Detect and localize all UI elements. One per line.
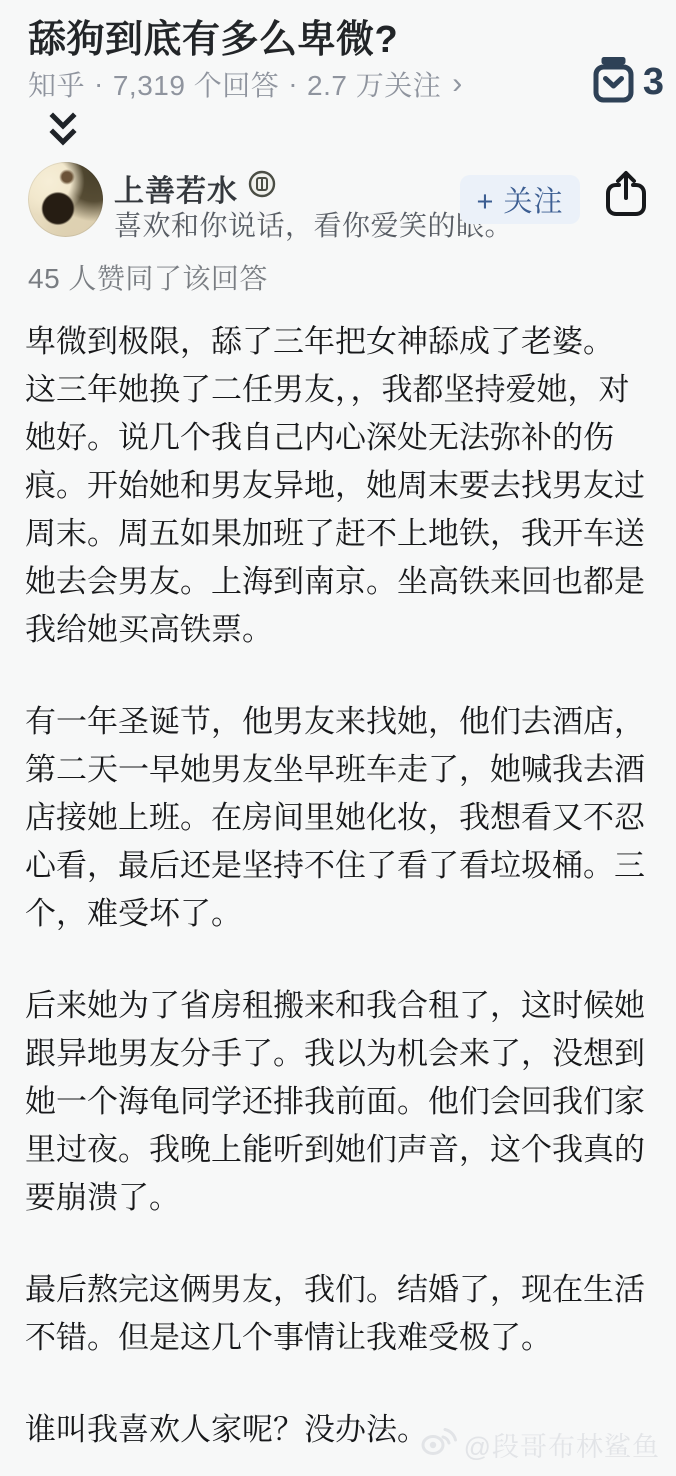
meta-separator: · xyxy=(94,68,104,100)
answer-paragraph: 后来她为了省房租搬来和我合租了，这时候她跟异地男友分手了。我以为机会来了，没想到… xyxy=(25,982,653,1222)
collection-box-icon xyxy=(593,56,634,108)
share-button[interactable] xyxy=(602,168,650,218)
membership-badge-icon xyxy=(248,170,276,206)
question-meta-link[interactable]: 知乎 · 7,319 个回答 · 2.7 万关注 › xyxy=(28,64,463,104)
answer-paragraph: 有一年圣诞节，他男友来找她，他们去酒店，第二天一早她男友坐早班车走了，她喊我去酒… xyxy=(25,698,653,938)
question-title[interactable]: 舔狗到底有多么卑微? xyxy=(28,8,398,63)
answer-paragraph: 最后熬完这俩男友，我们。结婚了，现在生活不错。但是这几个事情让我难受极了。 xyxy=(25,1266,653,1362)
meta-separator: · xyxy=(288,68,298,100)
meta-answers-count: 7,319 个回答 xyxy=(113,64,279,104)
watermark: @段哥布林鲨鱼 xyxy=(421,1425,660,1464)
watermark-handle: @段哥布林鲨鱼 xyxy=(464,1425,660,1464)
expand-answer-button[interactable] xyxy=(46,110,80,152)
follow-button[interactable]: + 关注 xyxy=(460,175,580,224)
collection-count: 3 xyxy=(643,61,664,104)
upvote-summary: 45 人赞同了该回答 xyxy=(28,257,268,297)
avatar[interactable] xyxy=(28,162,103,237)
double-chevron-down-icon xyxy=(46,139,80,156)
answer-body: 卑微到极限，舔了三年把女神舔成了老婆。 这三年她换了二任男友，，我都坚持爱她，对… xyxy=(25,318,653,1454)
answer-paragraph: 卑微到极限，舔了三年把女神舔成了老婆。 这三年她换了二任男友，，我都坚持爱她，对… xyxy=(25,318,653,654)
collection-button[interactable]: 3 xyxy=(593,56,664,108)
weibo-icon xyxy=(421,1426,457,1463)
meta-followers-count: 2.7 万关注 xyxy=(307,64,441,104)
chevron-right-icon: › xyxy=(452,67,463,101)
author-bio: 喜欢和你说话，看你爱笑的眼。 xyxy=(114,204,513,244)
zhihu-answer-page: 舔狗到底有多么卑微? 知乎 · 7,319 个回答 · 2.7 万关注 › 3 xyxy=(0,0,676,1476)
meta-source: 知乎 xyxy=(28,64,85,104)
share-icon xyxy=(603,206,649,221)
